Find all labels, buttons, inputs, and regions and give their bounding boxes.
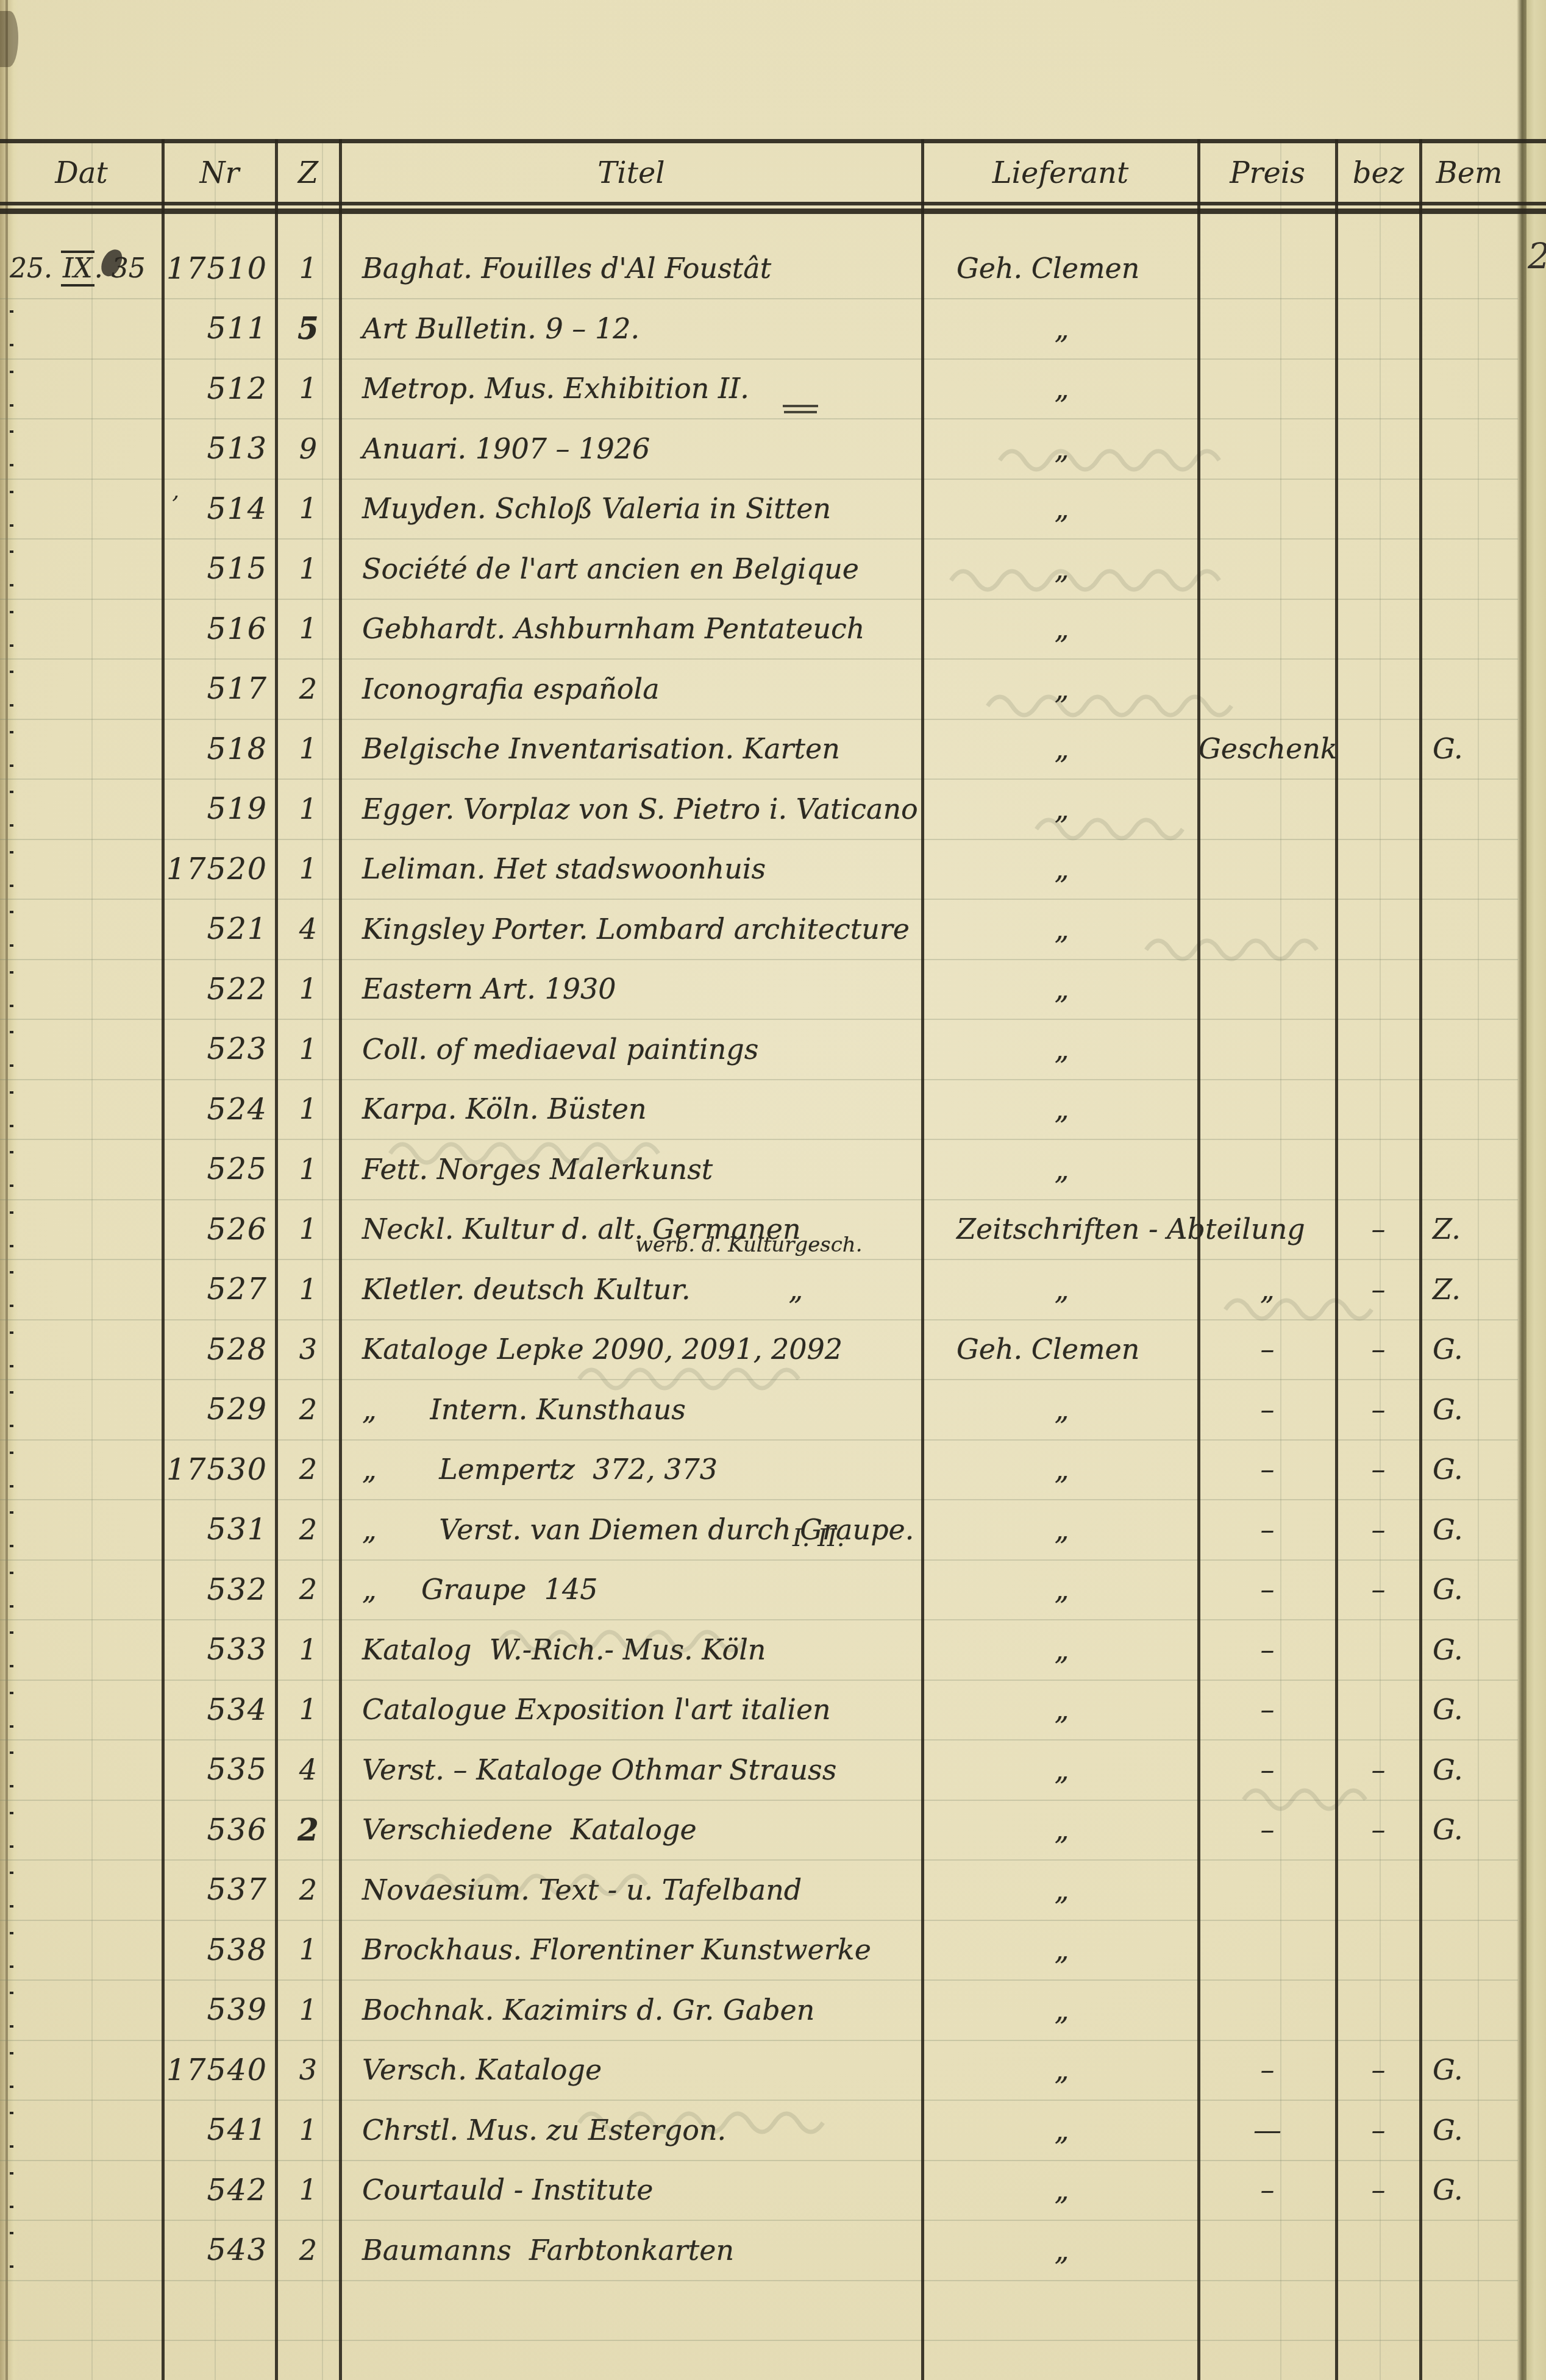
cell-date bbox=[0, 853, 163, 885]
date-roman-numeral bbox=[10, 1932, 13, 1968]
header-divider-line-1 bbox=[0, 202, 1546, 205]
cell-date: 25. IX. 35 bbox=[0, 253, 163, 284]
cell-title: Baumanns Farbtonkarten bbox=[340, 2234, 922, 2267]
cell-supplier: „ bbox=[922, 552, 1199, 585]
table-row: 512 1 Metrop. Mus. Exhibition II. „ bbox=[0, 358, 1546, 419]
cell-quantity: 2 bbox=[276, 1513, 340, 1546]
date-roman-numeral bbox=[10, 430, 13, 466]
table-row: 536 2 Verschiedene Kataloge „ – – G. bbox=[0, 1800, 1546, 1860]
cell-paid: – bbox=[1336, 2053, 1420, 2086]
date-roman-numeral bbox=[10, 1031, 13, 1067]
cell-quantity: 1 bbox=[276, 732, 340, 765]
date-roman-numeral bbox=[10, 1331, 13, 1367]
cell-accession-number: 541 bbox=[163, 2112, 276, 2147]
cell-accession-number: 519 bbox=[163, 791, 276, 826]
cell-accession-number: 17510 bbox=[163, 251, 276, 286]
cell-price: – bbox=[1199, 1393, 1336, 1426]
cell-date bbox=[0, 1394, 163, 1425]
cell-date bbox=[0, 2234, 163, 2265]
cell-accession-number: 17520 bbox=[163, 852, 276, 886]
cell-date bbox=[0, 2114, 163, 2145]
cell-accession-number: 543 bbox=[163, 2232, 276, 2267]
cell-supplier: „ bbox=[922, 1153, 1199, 1186]
table-row: 524 1 Karpa. Köln. Büsten „ bbox=[0, 1079, 1546, 1139]
cell-supplier: „ bbox=[922, 492, 1199, 525]
cell-title: Kingsley Porter. Lombard architecture bbox=[340, 913, 922, 946]
cell-supplier: „ bbox=[922, 672, 1199, 705]
cell-date bbox=[0, 1514, 163, 1545]
date-roman-numeral bbox=[10, 2052, 13, 2088]
cell-paid: – bbox=[1336, 2173, 1420, 2206]
cell-accession-number: 529 bbox=[163, 1392, 276, 1427]
cell-date bbox=[0, 313, 163, 344]
cell-quantity: 1 bbox=[276, 612, 340, 645]
cell-remark: G. bbox=[1420, 1333, 1518, 1366]
table-top-border bbox=[0, 139, 1546, 143]
cell-accession-number: 513 bbox=[163, 431, 276, 466]
table-row: 523 1 Coll. of mediaeval paintings „ bbox=[0, 1019, 1546, 1080]
table-row: 25. IX. 35 17510 1 Baghat. Fouilles d'Al… bbox=[0, 238, 1546, 299]
table-row: 519 1 Egger. Vorplaz von S. Pietro i. Va… bbox=[0, 779, 1546, 839]
table-row: 518 1 Belgische Inventarisation. Karten … bbox=[0, 719, 1546, 779]
date-roman-numeral bbox=[10, 1271, 13, 1307]
cell-price: – bbox=[1199, 2053, 1336, 2086]
cell-quantity: 1 bbox=[276, 252, 340, 285]
cell-remark: G. bbox=[1420, 1393, 1518, 1426]
cell-quantity: 1 bbox=[276, 1153, 340, 1186]
cell-remark: Z. bbox=[1420, 1273, 1518, 1306]
cell-quantity: 1 bbox=[276, 1633, 340, 1666]
cell-price: Geschenk bbox=[1199, 732, 1336, 765]
table-row: 522 1 Eastern Art. 1930 „ bbox=[0, 959, 1546, 1019]
cell-accession-number: 517 bbox=[163, 671, 276, 706]
cell-supplier: „ bbox=[922, 312, 1199, 345]
cell-title: Novaesium. Text - u. Tafelband bbox=[340, 1873, 922, 1906]
cell-supplier: „ bbox=[922, 1633, 1199, 1666]
cell-accession-number: 536 bbox=[163, 1812, 276, 1847]
cell-remark: G. bbox=[1420, 2114, 1518, 2147]
table-row: 539 1 Bochnak. Kazimirs d. Gr. Gaben „ bbox=[0, 1980, 1546, 2040]
cell-quantity: 2 bbox=[276, 2234, 340, 2267]
cell-title: Coll. of mediaeval paintings bbox=[340, 1033, 922, 1066]
cell-title: Société de l'art ancien en Belgique bbox=[340, 552, 922, 585]
cell-accession-number: 514 bbox=[163, 491, 276, 526]
table-header: Dat Nr Z Titel Lieferant Preis bez Bem bbox=[0, 144, 1518, 202]
cell-quantity: 3 bbox=[276, 2053, 340, 2086]
cell-accession-number: 522 bbox=[163, 972, 276, 1007]
underline-roman-ii bbox=[783, 405, 818, 407]
cell-supplier: „ bbox=[922, 852, 1199, 885]
table-row: 17540 3 Versch. Kataloge „ – – G. bbox=[0, 2040, 1546, 2100]
cell-supplier: „ bbox=[922, 1813, 1199, 1846]
cell-date bbox=[0, 1274, 163, 1305]
cell-title: Chrstl. Mus. zu Estergon. bbox=[340, 2114, 922, 2147]
cell-date bbox=[0, 1754, 163, 1785]
cell-date bbox=[0, 1814, 163, 1845]
interlinear-note-volumes: I. II. bbox=[793, 1524, 845, 1552]
cell-quantity: 1 bbox=[276, 372, 340, 405]
cell-supplier: „ bbox=[922, 432, 1199, 465]
cell-remark: G. bbox=[1420, 1693, 1518, 1726]
cell-paid: – bbox=[1336, 1753, 1420, 1786]
cell-paid: – bbox=[1336, 1813, 1420, 1846]
cell-title: Courtauld - Institute bbox=[340, 2173, 922, 2206]
cell-quantity: 4 bbox=[276, 1753, 340, 1786]
cell-accession-number: 515 bbox=[163, 551, 276, 586]
cell-date bbox=[0, 1634, 163, 1665]
header-bez: bez bbox=[1336, 156, 1420, 190]
cell-quantity: 9 bbox=[276, 432, 340, 465]
cell-supplier: „ bbox=[922, 1873, 1199, 1906]
cell-title: Anuari. 1907 – 1926 bbox=[340, 432, 922, 465]
cell-quantity: 1 bbox=[276, 552, 340, 585]
cell-price: – bbox=[1199, 1753, 1336, 1786]
cell-accession-number: 17540 bbox=[163, 2053, 276, 2087]
cell-supplier: „ bbox=[922, 1092, 1199, 1125]
table-row: 542 1 Courtauld - Institute „ – – G. bbox=[0, 2160, 1546, 2220]
cell-quantity: 2 bbox=[276, 1812, 340, 1848]
date-roman-numeral bbox=[10, 371, 13, 407]
cell-price: – bbox=[1199, 1813, 1336, 1846]
cell-title: Egger. Vorplaz von S. Pietro i. Vaticano bbox=[340, 793, 922, 825]
cell-quantity: 1 bbox=[276, 2114, 340, 2147]
cell-title: Karpa. Köln. Büsten bbox=[340, 1092, 922, 1125]
cell-quantity: 1 bbox=[276, 852, 340, 885]
date-roman-numeral bbox=[10, 791, 13, 827]
cell-quantity: 1 bbox=[276, 1933, 340, 1966]
cell-accession-number: 526 bbox=[163, 1212, 276, 1247]
cell-paid: – bbox=[1336, 1573, 1420, 1606]
cell-remark: G. bbox=[1420, 1813, 1518, 1846]
cell-supplier: „ bbox=[922, 1453, 1199, 1486]
cell-title: „ Graupe 145 bbox=[340, 1573, 922, 1606]
header-z: Z bbox=[276, 156, 340, 190]
cell-date bbox=[0, 1334, 163, 1365]
cell-paid: – bbox=[1336, 1333, 1420, 1366]
cell-quantity: 1 bbox=[276, 1993, 340, 2026]
cell-title: Brockhaus. Florentiner Kunstwerke bbox=[340, 1933, 922, 1966]
date-roman-numeral bbox=[10, 1391, 13, 1427]
cell-date bbox=[0, 1454, 163, 1485]
cell-remark: Z. bbox=[1420, 1213, 1518, 1245]
table-row: 543 2 Baumanns Farbtonkarten „ bbox=[0, 2220, 1546, 2281]
cell-price: – bbox=[1199, 1513, 1336, 1546]
ledger-page: Dat Nr Z Titel Lieferant Preis bez Bem 2… bbox=[0, 0, 1546, 2380]
cell-title: Art Bulletin. 9 – 12. bbox=[340, 312, 922, 345]
cell-accession-number: 535 bbox=[163, 1752, 276, 1787]
date-roman-numeral bbox=[10, 971, 13, 1007]
cell-remark: G. bbox=[1420, 2053, 1518, 2086]
cell-accession-number: 527 bbox=[163, 1272, 276, 1306]
cell-accession-number: 538 bbox=[163, 1933, 276, 1967]
cell-supplier: „ bbox=[922, 1933, 1199, 1966]
cell-accession-number: 537 bbox=[163, 1872, 276, 1907]
date-roman-numeral bbox=[10, 2172, 13, 2208]
cell-title: Eastern Art. 1930 bbox=[340, 972, 922, 1005]
cell-supplier: „ bbox=[922, 1693, 1199, 1726]
cell-title: Metrop. Mus. Exhibition II. bbox=[340, 372, 922, 405]
table-row: 533 1 Katalog W.-Rich.- Mus. Köln „ – G. bbox=[0, 1620, 1546, 1680]
date-roman-numeral bbox=[10, 491, 13, 527]
table-row: 513 9 Anuari. 1907 – 1926 „ bbox=[0, 419, 1546, 479]
cell-accession-number: 525 bbox=[163, 1152, 276, 1186]
cell-title: Gebhardt. Ashburnham Pentateuch bbox=[340, 612, 922, 645]
cell-accession-number: 17530 bbox=[163, 1452, 276, 1487]
cell-quantity: 3 bbox=[276, 1333, 340, 1366]
cell-quantity: 1 bbox=[276, 492, 340, 525]
cell-supplier: „ bbox=[922, 1753, 1199, 1786]
cell-supplier: „ bbox=[922, 612, 1199, 645]
cell-price: – bbox=[1199, 2173, 1336, 2206]
cell-price: – bbox=[1199, 1573, 1336, 1606]
cell-remark: G. bbox=[1420, 1573, 1518, 1606]
cell-title: „ Intern. Kunsthaus bbox=[340, 1393, 922, 1426]
table-row: 525 1 Fett. Norges Malerkunst „ bbox=[0, 1139, 1546, 1200]
header-dat: Dat bbox=[0, 156, 163, 190]
cell-accession-number: 518 bbox=[163, 732, 276, 766]
date-roman-numeral bbox=[10, 550, 13, 586]
table-row: 521 4 Kingsley Porter. Lombard architect… bbox=[0, 899, 1546, 960]
cell-title: Bochnak. Kazimirs d. Gr. Gaben bbox=[340, 1993, 922, 2026]
date-roman-numeral bbox=[10, 1812, 13, 1848]
cell-price: „ bbox=[1199, 1273, 1336, 1306]
interlinear-note-kulturgesch: werb. d. Kulturgesch. bbox=[635, 1233, 863, 1257]
cell-supplier: „ bbox=[922, 1273, 1199, 1306]
cell-date bbox=[0, 673, 163, 704]
cell-title: Catalogue Exposition l'art italien bbox=[340, 1693, 922, 1726]
date-roman-numeral bbox=[10, 2232, 13, 2268]
table-row: 529 2 „ Intern. Kunsthaus „ – – G. bbox=[0, 1380, 1546, 1440]
cell-supplier: „ bbox=[922, 1033, 1199, 1066]
cell-price: – bbox=[1199, 1633, 1336, 1666]
cell-accession-number: 539 bbox=[163, 1992, 276, 2027]
table-row: 534 1 Catalogue Exposition l'art italien… bbox=[0, 1680, 1546, 1740]
cell-quantity: 2 bbox=[276, 672, 340, 705]
cell-title: Kletler. deutsch Kultur. „ bbox=[340, 1273, 922, 1306]
cell-supplier: „ bbox=[922, 1993, 1199, 2026]
cell-quantity: 1 bbox=[276, 1273, 340, 1306]
cell-date bbox=[0, 1153, 163, 1185]
table-row: 531 2 „ Verst. van Diemen durch Graupe. … bbox=[0, 1500, 1546, 1560]
cell-date bbox=[0, 1574, 163, 1605]
underline-roman-ii-2 bbox=[784, 411, 817, 413]
cell-accession-number: 531 bbox=[163, 1512, 276, 1547]
cell-accession-number: 528 bbox=[163, 1332, 276, 1367]
cell-accession-number: 521 bbox=[163, 911, 276, 946]
cell-accession-number: 523 bbox=[163, 1031, 276, 1066]
header-preis: Preis bbox=[1199, 156, 1336, 190]
cell-title: Kataloge Lepke 2090, 2091, 2092 bbox=[340, 1333, 922, 1366]
date-roman-numeral bbox=[10, 310, 13, 346]
cell-price: – bbox=[1199, 1693, 1336, 1726]
cell-quantity: 1 bbox=[276, 1092, 340, 1125]
cell-supplier: „ bbox=[922, 372, 1199, 405]
cell-quantity: 1 bbox=[276, 972, 340, 1005]
cell-paid: – bbox=[1336, 1393, 1420, 1426]
cell-title: Verst. – Kataloge Othmar Strauss bbox=[340, 1753, 922, 1786]
cell-date bbox=[0, 733, 163, 764]
table-row: 514 1 Muyden. Schloß Valeria in Sitten „ bbox=[0, 479, 1546, 539]
cell-paid: – bbox=[1336, 1213, 1420, 1245]
date-roman-numeral bbox=[10, 1631, 13, 1667]
cell-title: „ Lempertz 372, 373 bbox=[340, 1453, 922, 1486]
cell-price: – bbox=[1199, 1453, 1336, 1486]
cell-title: Belgische Inventarisation. Karten bbox=[340, 732, 922, 765]
header-divider-line-2 bbox=[0, 208, 1546, 214]
table-row: 517 2 Iconografia española „ bbox=[0, 659, 1546, 719]
cell-date bbox=[0, 2054, 163, 2086]
date-roman-numeral bbox=[10, 611, 13, 647]
cell-quantity: 1 bbox=[276, 1213, 340, 1245]
cell-remark: G. bbox=[1420, 1453, 1518, 1486]
cell-date bbox=[0, 373, 163, 404]
cell-supplier: „ bbox=[922, 2053, 1199, 2086]
cell-supplier: „ bbox=[922, 2114, 1199, 2147]
table-row: 17520 1 Leliman. Het stadswoonhuis „ bbox=[0, 839, 1546, 899]
cell-accession-number: 532 bbox=[163, 1572, 276, 1607]
table-row: 537 2 Novaesium. Text - u. Tafelband „ bbox=[0, 1860, 1546, 1920]
cell-date bbox=[0, 1874, 163, 1905]
cell-supplier: „ bbox=[922, 1513, 1199, 1546]
cell-date bbox=[0, 1094, 163, 1125]
cell-remark: G. bbox=[1420, 732, 1518, 765]
cell-accession-number: 533 bbox=[163, 1632, 276, 1667]
date-roman-numeral bbox=[10, 1452, 13, 1487]
cell-date bbox=[0, 1033, 163, 1064]
date-roman-numeral: IX bbox=[61, 251, 94, 287]
cell-date bbox=[0, 1934, 163, 1965]
cell-paid: – bbox=[1336, 1273, 1420, 1306]
cell-date bbox=[0, 1214, 163, 1245]
date-roman-numeral bbox=[10, 1872, 13, 1908]
cell-date bbox=[0, 553, 163, 584]
cell-accession-number: 524 bbox=[163, 1092, 276, 1127]
date-roman-numeral bbox=[10, 1572, 13, 1608]
cell-date bbox=[0, 493, 163, 524]
cell-accession-number: 512 bbox=[163, 371, 276, 406]
cell-supplier: „ bbox=[922, 913, 1199, 946]
cell-quantity: 1 bbox=[276, 793, 340, 825]
date-roman-numeral bbox=[10, 2112, 13, 2148]
cell-title: Leliman. Het stadswoonhuis bbox=[340, 852, 922, 885]
cell-accession-number: 542 bbox=[163, 2173, 276, 2207]
cell-price: — bbox=[1199, 2114, 1336, 2147]
cell-date bbox=[0, 433, 163, 464]
cell-title: Fett. Norges Malerkunst bbox=[340, 1153, 922, 1186]
table-row: 535 4 Verst. – Kataloge Othmar Strauss „… bbox=[0, 1740, 1546, 1800]
cell-supplier: Zeitschriften - Abteilung bbox=[922, 1213, 1199, 1245]
cell-title: Katalog W.-Rich.- Mus. Köln bbox=[340, 1633, 922, 1666]
cell-supplier: „ bbox=[922, 1573, 1199, 1606]
cell-supplier: „ bbox=[922, 732, 1199, 765]
cell-accession-number: 511 bbox=[163, 311, 276, 346]
cell-remark: G. bbox=[1420, 2173, 1518, 2206]
cell-quantity: 1 bbox=[276, 1033, 340, 1066]
cell-paid: – bbox=[1336, 2114, 1420, 2147]
cell-supplier: „ bbox=[922, 2173, 1199, 2206]
cell-title: Muyden. Schloß Valeria in Sitten bbox=[340, 492, 922, 525]
cell-quantity: 2 bbox=[276, 1453, 340, 1486]
cell-supplier: „ bbox=[922, 1393, 1199, 1426]
date-roman-numeral bbox=[10, 1992, 13, 2028]
cell-title: Baghat. Fouilles d'Al Foustât bbox=[340, 252, 922, 285]
date-roman-numeral bbox=[10, 671, 13, 707]
cell-quantity: 1 bbox=[276, 2173, 340, 2206]
table-row: 516 1 Gebhardt. Ashburnham Pentateuch „ bbox=[0, 599, 1546, 659]
table-row: 528 3 Kataloge Lepke 2090, 2091, 2092 Ge… bbox=[0, 1319, 1546, 1380]
table-row: 541 1 Chrstl. Mus. zu Estergon. „ — – G. bbox=[0, 2100, 1546, 2161]
cell-date bbox=[0, 974, 163, 1005]
cell-accession-number: 534 bbox=[163, 1692, 276, 1727]
cell-accession-number: 516 bbox=[163, 611, 276, 646]
cell-date bbox=[0, 613, 163, 644]
cell-quantity: 1 bbox=[276, 1693, 340, 1726]
date-roman-numeral bbox=[10, 1751, 13, 1787]
stray-pen-mark: ‚ bbox=[172, 477, 179, 504]
date-roman-numeral bbox=[10, 731, 13, 767]
cell-title: Verschiedene Kataloge bbox=[340, 1813, 922, 1846]
table-row: 515 1 Société de l'art ancien en Belgiqu… bbox=[0, 539, 1546, 599]
cell-remark: G. bbox=[1420, 1513, 1518, 1546]
cell-supplier: Geh. Clemen bbox=[922, 1333, 1199, 1366]
cell-quantity: 2 bbox=[276, 1873, 340, 1906]
cell-date bbox=[0, 1994, 163, 2025]
cell-quantity: 5 bbox=[276, 310, 340, 346]
header-nr: Nr bbox=[163, 156, 276, 190]
table-row: 527 1 Kletler. deutsch Kultur. „ „ „ – Z… bbox=[0, 1259, 1546, 1320]
date-roman-numeral bbox=[10, 911, 13, 947]
header-lieferant: Lieferant bbox=[922, 156, 1199, 190]
table-row: 511 5 Art Bulletin. 9 – 12. „ bbox=[0, 299, 1546, 359]
table-body: 25. IX. 35 17510 1 Baghat. Fouilles d'Al… bbox=[0, 238, 1546, 2280]
date-roman-numeral bbox=[10, 1151, 13, 1187]
cell-quantity: 2 bbox=[276, 1393, 340, 1426]
cell-supplier: „ bbox=[922, 793, 1199, 825]
cell-supplier: Geh. Clemen bbox=[922, 252, 1199, 285]
cell-title: Iconografia española bbox=[340, 672, 922, 705]
date-roman-numeral bbox=[10, 1091, 13, 1127]
cell-date bbox=[0, 793, 163, 824]
cell-paid: – bbox=[1336, 1513, 1420, 1546]
cell-date bbox=[0, 913, 163, 944]
cell-quantity: 2 bbox=[276, 1573, 340, 1606]
table-row: 532 2 „ Graupe 145 „ – – G. bbox=[0, 1559, 1546, 1620]
header-titel: Titel bbox=[340, 156, 922, 190]
cell-supplier: „ bbox=[922, 972, 1199, 1005]
cell-remark: G. bbox=[1420, 1633, 1518, 1666]
cell-remark: G. bbox=[1420, 1753, 1518, 1786]
cell-quantity: 4 bbox=[276, 913, 340, 946]
table-row: 538 1 Brockhaus. Florentiner Kunstwerke … bbox=[0, 1920, 1546, 1980]
date-roman-numeral bbox=[10, 1211, 13, 1247]
cell-date bbox=[0, 2175, 163, 2206]
cell-date bbox=[0, 1694, 163, 1725]
date-roman-numeral bbox=[10, 851, 13, 887]
table-row: 17530 2 „ Lempertz 372, 373 „ – – G. bbox=[0, 1439, 1546, 1500]
cell-title: Versch. Kataloge bbox=[340, 2053, 922, 2086]
cell-price: – bbox=[1199, 1333, 1336, 1366]
header-bem: Bem bbox=[1420, 156, 1518, 190]
cell-paid: – bbox=[1336, 1453, 1420, 1486]
date-roman-numeral bbox=[10, 1692, 13, 1728]
cell-supplier: „ bbox=[922, 2234, 1199, 2267]
date-roman-numeral bbox=[10, 1511, 13, 1547]
